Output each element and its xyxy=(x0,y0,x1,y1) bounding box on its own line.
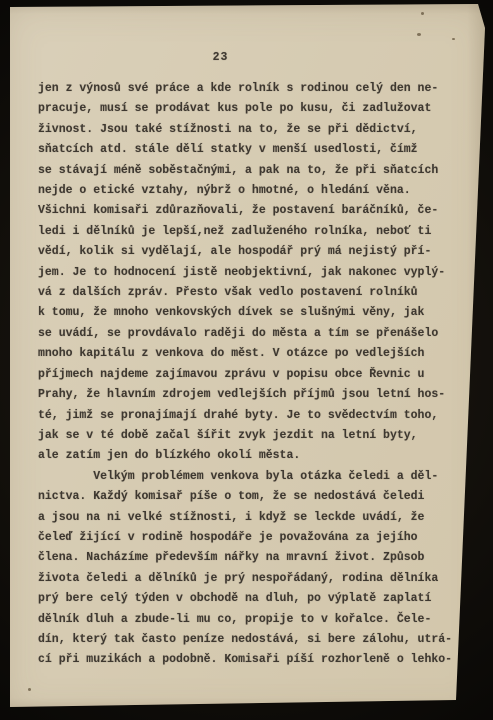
text-line: Prahy, že hlavním zdrojem vedlejších pří… xyxy=(38,385,458,405)
paper-page: 23 jen z výnosů své práce a kde rolník s… xyxy=(0,0,493,720)
text-body: jen z výnosů své práce a kde rolník s ro… xyxy=(38,79,458,671)
text-line: živnost. Jsou také stížnosti na to, že s… xyxy=(38,120,458,140)
text-line: cí při muzikách a podobně. Komisaři píší… xyxy=(38,650,458,670)
text-line: vědí, kolik si vydělají, ale hospodář pr… xyxy=(38,242,458,262)
page-number: 23 xyxy=(38,51,403,65)
page-content: 23 jen z výnosů své práce a kde rolník s… xyxy=(38,51,458,671)
text-line: a jsou na ni velké stížnosti, i když se … xyxy=(38,508,458,528)
text-line: mnoho kapitálu z venkova do měst. V otáz… xyxy=(38,344,458,364)
text-line: se uvádí, se provdávalo raději do města … xyxy=(38,324,458,344)
text-line: nejde o etické vztahy, nýbrž o hmotné, o… xyxy=(38,181,458,201)
text-line: nictva. Každý komisař píše o tom, že se … xyxy=(38,487,458,507)
text-line: se stávají méně soběstačnými, a pak na t… xyxy=(38,161,458,181)
paper-speck xyxy=(28,688,31,691)
paper-speck xyxy=(417,33,421,36)
text-line: dín, který tak často peníze nedostává, s… xyxy=(38,630,458,650)
text-line: jak se v té době začal šířit zvyk jezdit… xyxy=(38,426,458,446)
text-line: ale zatím jen do blízkého okolí města. xyxy=(38,446,458,466)
text-line: Všichni komisaři zdůrazňovali, že postav… xyxy=(38,201,458,221)
paper-speck xyxy=(421,12,424,15)
text-line: Velkým problémem venkova byla otázka čel… xyxy=(38,467,458,487)
text-line: pracuje, musí se prodávat kus pole po ku… xyxy=(38,99,458,119)
text-line: vá z dalších zpráv. Přesto však vedlo po… xyxy=(38,283,458,303)
paper-speck xyxy=(452,38,455,40)
paragraph: jen z výnosů své práce a kde rolník s ro… xyxy=(38,79,458,467)
text-line: života čeledi a dělníků je prý nespořáda… xyxy=(38,569,458,589)
text-line: příjmech najdeme zajímavou zprávu v popi… xyxy=(38,365,458,385)
text-line: jem. Je to hodnocení jistě neobjektivní,… xyxy=(38,263,458,283)
text-line: k tomu, že mnoho venkovských dívek se sl… xyxy=(38,303,458,323)
text-line: prý bere celý týden v obchodě na dluh, p… xyxy=(38,589,458,609)
text-line: člena. Nacházíme především nářky na mrav… xyxy=(38,548,458,568)
text-line: ledi i dělníků je lepší,než zadluženého … xyxy=(38,222,458,242)
paragraph: Velkým problémem venkova byla otázka čel… xyxy=(38,467,458,671)
text-line: dělník dluh a zbude-li mu co, propije to… xyxy=(38,610,458,630)
text-line: té, jimž se pronajímají drahé byty. Je t… xyxy=(38,406,458,426)
scanned-page: 23 jen z výnosů své práce a kde rolník s… xyxy=(0,0,493,720)
text-line: jen z výnosů své práce a kde rolník s ro… xyxy=(38,79,458,99)
text-line: sňatcích atd. stále dělí statky v menší … xyxy=(38,140,458,160)
text-line: čeleď žijící v rodině hospodáře je považ… xyxy=(38,528,458,548)
